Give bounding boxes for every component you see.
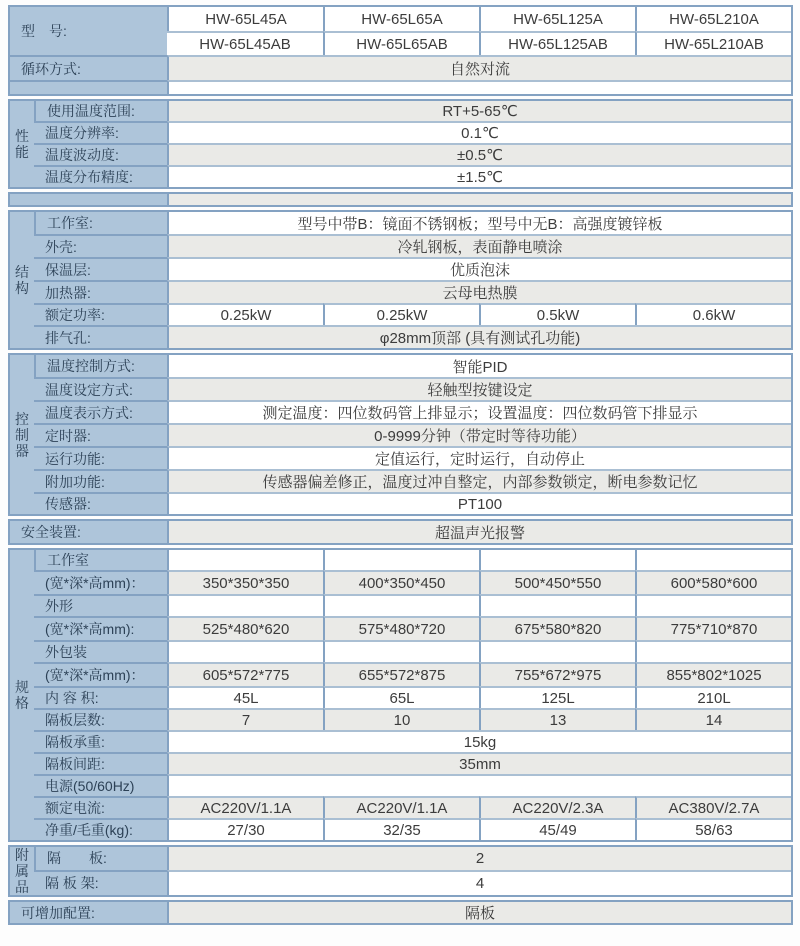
row-label: 额定功率:	[34, 303, 167, 325]
cell-value: 400*350*450	[323, 570, 479, 594]
row-value: ±0.5℃	[167, 143, 791, 165]
table-row: 运行功能: 定值运行，定时运行，自动停止	[10, 446, 791, 469]
cell-value: 0.6kW	[635, 303, 791, 325]
table-row: 排气孔: φ28mm顶部 (具有测试孔功能)	[10, 325, 791, 348]
performance-table: 性能 使用温度范围: RT+5-65℃ 温度分辨率: 0.1℃ 温度波动度: ±…	[8, 99, 793, 189]
row-label: 隔 板:	[34, 847, 167, 870]
table-row: 温度波动度: ±0.5℃	[10, 143, 791, 165]
row-label: 温度波动度:	[34, 143, 167, 165]
cell-value: 65L	[323, 686, 479, 708]
cell-value: 13	[479, 708, 635, 730]
table-row: 温度分布精度: ±1.5℃	[10, 165, 791, 187]
row-label: 隔 板 架:	[34, 870, 167, 895]
cell-value: 210L	[635, 686, 791, 708]
row-label: 内 容 积:	[34, 686, 167, 708]
table-row: 隔板承重: 15kg	[10, 730, 791, 752]
empty-value-cell	[635, 550, 791, 570]
empty-value-cell	[167, 194, 791, 205]
table-row: (宽*深*高mm): 525*480*620 575*480*720 675*5…	[10, 616, 791, 640]
empty-label-cell	[10, 80, 167, 94]
accessories-table: 附属品 隔 板: 2 隔 板 架: 4	[8, 845, 793, 897]
model-variant: HW-65L65A	[323, 7, 479, 31]
cell-value: 45/49	[479, 818, 635, 840]
table-row: 型 号: HW-65L45A HW-65L65A HW-65L125A HW-6…	[10, 7, 791, 31]
row-value: 云母电热膜	[167, 280, 791, 303]
model-variant: HW-65L65AB	[323, 31, 479, 55]
table-row: (宽*深*高mm)： 605*572*775 655*572*875 755*6…	[10, 662, 791, 686]
table-row: 隔 板 架: 4	[10, 870, 791, 895]
section-label-structure: 结构	[10, 212, 34, 348]
cell-value: AC220V/1.1A	[167, 796, 323, 818]
empty-value-cell	[479, 550, 635, 570]
cell-value: 775*710*870	[635, 616, 791, 640]
row-label: 温度控制方式:	[34, 355, 167, 377]
table-row: 循环方式: 自然对流	[10, 55, 791, 80]
row-value: 4	[167, 870, 791, 895]
row-value: 0-9999分钟（带定时等待功能）	[167, 423, 791, 446]
row-value: RT+5-65℃	[167, 101, 791, 121]
structure-table: 结构 工作室: 型号中带B：镜面不锈钢板；型号中无B：高强度镀锌板 外壳: 冷轧…	[8, 210, 793, 350]
cell-value: 0.25kW	[323, 303, 479, 325]
row-value: 轻触型按键设定	[167, 377, 791, 400]
table-row: 外形	[10, 594, 791, 616]
cell-value: 655*572*875	[323, 662, 479, 686]
table-row: 保温层: 优质泡沫	[10, 257, 791, 280]
table-row: 额定电流: AC220V/1.1A AC220V/1.1A AC220V/2.3…	[10, 796, 791, 818]
model-variant: HW-65L125AB	[479, 31, 635, 55]
cell-value: 855*802*1025	[635, 662, 791, 686]
row-value: 传感器偏差修正，温度过冲自整定，内部参数锁定，断电参数记忆	[167, 469, 791, 492]
cell-value: 7	[167, 708, 323, 730]
cell-value: 500*450*550	[479, 570, 635, 594]
empty-label-cell	[10, 194, 167, 205]
table-row: 规格 工作室	[10, 550, 791, 570]
row-label: 电源(50/60Hz)	[34, 774, 167, 796]
cell-value: 0.25kW	[167, 303, 323, 325]
cell-value: 675*580*820	[479, 616, 635, 640]
empty-value-cell	[323, 594, 479, 616]
table-row: 净重/毛重(kg): 27/30 32/35 45/49 58/63	[10, 818, 791, 840]
table-row: 额定功率: 0.25kW 0.25kW 0.5kW 0.6kW	[10, 303, 791, 325]
cell-value: 575*480*720	[323, 616, 479, 640]
table-row: 外壳: 冷轧钢板，表面静电喷涂	[10, 234, 791, 257]
row-label: 加热器:	[34, 280, 167, 303]
empty-value-cell	[167, 550, 323, 570]
model-variant: HW-65L45A	[167, 7, 323, 31]
table-row: 附加功能: 传感器偏差修正，温度过冲自整定，内部参数锁定，断电参数记忆	[10, 469, 791, 492]
addon-table: 可增加配置: 隔板	[8, 900, 793, 925]
model-variant: HW-65L210AB	[635, 31, 791, 55]
row-label: 温度分辨率:	[34, 121, 167, 143]
model-variant: HW-65L125A	[479, 7, 635, 31]
model-label: 型 号:	[10, 7, 167, 55]
row-value: 冷轧钢板，表面静电喷涂	[167, 234, 791, 257]
cell-value: 600*580*600	[635, 570, 791, 594]
empty-value-cell	[323, 640, 479, 662]
table-row: 可增加配置: 隔板	[10, 902, 791, 923]
table-row: 温度表示方式: 测定温度：四位数码管上排显示；设置温度：四位数码管下排显示	[10, 400, 791, 423]
row-label: 可增加配置:	[10, 902, 167, 923]
row-label: 附加功能:	[34, 469, 167, 492]
row-label: 工作室:	[34, 212, 167, 234]
row-label: 额定电流:	[34, 796, 167, 818]
cell-value: 10	[323, 708, 479, 730]
row-value: 测定温度：四位数码管上排显示；设置温度：四位数码管下排显示	[167, 400, 791, 423]
row-value: 35mm	[167, 752, 791, 774]
empty-value-cell	[167, 594, 323, 616]
row-value: 优质泡沫	[167, 257, 791, 280]
row-value: 隔板	[167, 902, 791, 923]
row-label: 外形	[34, 594, 167, 616]
cell-value: 0.5kW	[479, 303, 635, 325]
table-row: (宽*深*高mm)： 350*350*350 400*350*450 500*4…	[10, 570, 791, 594]
model-block-table: 型 号: HW-65L45A HW-65L65A HW-65L125A HW-6…	[8, 5, 793, 96]
cell-value: 58/63	[635, 818, 791, 840]
cell-value: 605*572*775	[167, 662, 323, 686]
cell-value: 27/30	[167, 818, 323, 840]
table-row: 外包装	[10, 640, 791, 662]
cell-value: 350*350*350	[167, 570, 323, 594]
cell-value: 125L	[479, 686, 635, 708]
cell-value: 525*480*620	[167, 616, 323, 640]
row-label: 循环方式:	[10, 55, 167, 80]
row-label: 安全装置:	[10, 521, 167, 543]
table-row: 内 容 积: 45L 65L 125L 210L	[10, 686, 791, 708]
row-label: 温度分布精度:	[34, 165, 167, 187]
section-label-specs: 规格	[10, 550, 34, 840]
section-label-performance: 性能	[10, 101, 34, 187]
row-value: ±1.5℃	[167, 165, 791, 187]
row-label: 隔板承重:	[34, 730, 167, 752]
row-label: 温度设定方式:	[34, 377, 167, 400]
table-row: 电源(50/60Hz)	[10, 774, 791, 796]
table-row: 加热器: 云母电热膜	[10, 280, 791, 303]
model-variant: HW-65L210A	[635, 7, 791, 31]
row-label: 保温层:	[34, 257, 167, 280]
table-row: 结构 工作室: 型号中带B：镜面不锈钢板；型号中无B：高强度镀锌板	[10, 212, 791, 234]
row-value: 2	[167, 847, 791, 870]
row-value: 15kg	[167, 730, 791, 752]
empty-value-cell	[167, 774, 791, 796]
row-label: 净重/毛重(kg):	[34, 818, 167, 840]
cell-value: 32/35	[323, 818, 479, 840]
row-value: PT100	[167, 492, 791, 514]
row-value: 超温声光报警	[167, 521, 791, 543]
table-row: 控制器 温度控制方式: 智能PID	[10, 355, 791, 377]
row-label: 温度表示方式:	[34, 400, 167, 423]
cell-value: 45L	[167, 686, 323, 708]
empty-value-cell	[167, 80, 791, 94]
row-value: 自然对流	[167, 55, 791, 80]
table-row: 性能 使用温度范围: RT+5-65℃	[10, 101, 791, 121]
cell-value: AC220V/2.3A	[479, 796, 635, 818]
row-value: φ28mm顶部 (具有测试孔功能)	[167, 325, 791, 348]
cell-value: AC380V/2.7A	[635, 796, 791, 818]
row-label: 使用温度范围:	[34, 101, 167, 121]
table-row: 传感器: PT100	[10, 492, 791, 514]
empty-value-cell	[635, 640, 791, 662]
row-label: (宽*深*高mm)：	[34, 662, 167, 686]
spec-sheet: 型 号: HW-65L45A HW-65L65A HW-65L125A HW-6…	[0, 0, 800, 946]
model-variant: HW-65L45AB	[167, 31, 323, 55]
empty-value-cell	[323, 550, 479, 570]
cell-value: AC220V/1.1A	[323, 796, 479, 818]
row-value: 型号中带B：镜面不锈钢板；型号中无B：高强度镀锌板	[167, 212, 791, 234]
row-label: 运行功能:	[34, 446, 167, 469]
table-row: 隔板层数: 7 10 13 14	[10, 708, 791, 730]
empty-value-cell	[167, 640, 323, 662]
row-label: 隔板层数:	[34, 708, 167, 730]
cell-value: 14	[635, 708, 791, 730]
row-label: 定时器:	[34, 423, 167, 446]
row-value: 智能PID	[167, 355, 791, 377]
section-label-controller: 控制器	[10, 355, 34, 514]
row-label: 传感器:	[34, 492, 167, 514]
table-row: 定时器: 0-9999分钟（带定时等待功能）	[10, 423, 791, 446]
row-label: 隔板间距:	[34, 752, 167, 774]
row-label: 排气孔:	[34, 325, 167, 348]
row-value: 定值运行，定时运行，自动停止	[167, 446, 791, 469]
table-row: 温度分辨率: 0.1℃	[10, 121, 791, 143]
row-label: (宽*深*高mm)：	[34, 570, 167, 594]
row-label: 外包装	[34, 640, 167, 662]
table-row: 附属品 隔 板: 2	[10, 847, 791, 870]
specs-table: 规格 工作室 (宽*深*高mm)： 350*350*350 400*350*45…	[8, 548, 793, 842]
row-value: 0.1℃	[167, 121, 791, 143]
table-row	[10, 80, 791, 94]
row-label: 外壳:	[34, 234, 167, 257]
row-label: 工作室	[34, 550, 167, 570]
empty-value-cell	[479, 640, 635, 662]
safety-table: 安全装置: 超温声光报警	[8, 519, 793, 545]
table-row: 安全装置: 超温声光报警	[10, 521, 791, 543]
table-row: 温度设定方式: 轻触型按键设定	[10, 377, 791, 400]
controller-table: 控制器 温度控制方式: 智能PID 温度设定方式: 轻触型按键设定 温度表示方式…	[8, 353, 793, 516]
row-label: (宽*深*高mm):	[34, 616, 167, 640]
separator-strip	[8, 192, 793, 207]
table-row: 隔板间距: 35mm	[10, 752, 791, 774]
table-row	[10, 194, 791, 205]
empty-value-cell	[635, 594, 791, 616]
empty-value-cell	[479, 594, 635, 616]
section-label-accessories: 附属品	[10, 847, 34, 895]
cell-value: 755*672*975	[479, 662, 635, 686]
